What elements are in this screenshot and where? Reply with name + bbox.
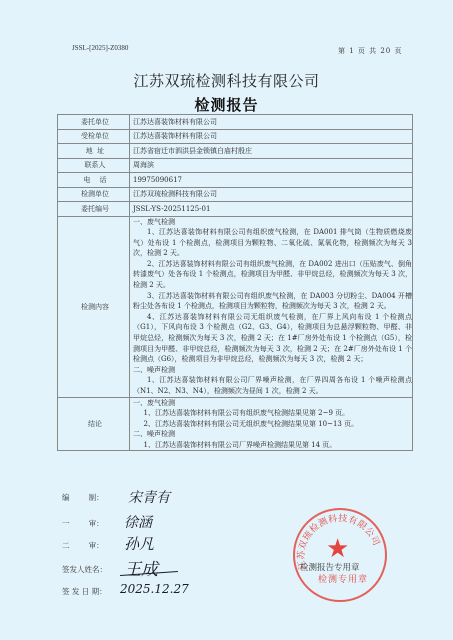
content-line: 一、废气检测 [133, 217, 412, 228]
review1-signature: 徐涵 [124, 512, 152, 532]
conclusion-line: 1、江苏达喜装饰材料有限公司厂界噪声检测结果见第 14 页。 [133, 440, 412, 451]
content-line: 1、江苏达喜装饰材料有限公司有组织废气检测，在 DA001 排气筒（生物质燃烧废… [133, 227, 412, 259]
date-row: 签 发 日 期： [62, 586, 122, 597]
date-label: 签 发 日 期： [62, 586, 122, 597]
row-value: 江苏达喜装饰材料有限公司 [130, 129, 413, 144]
conclusion-line: 2、江苏达喜装饰材料有限公司无组织废气检测结果见第 10~13 页。 [133, 419, 412, 430]
page-info: 第 1 页 共 20 页 [338, 46, 403, 56]
content-line: 1、江苏达喜装饰材料有限公司厂界噪声检测，在厂界四周各布设 1 个噪声检测点（N… [133, 375, 412, 396]
table-row-contact: 联系人 周海滨 [58, 158, 413, 173]
conclusion-cell: 一、废气检测 1、江苏达喜装饰材料有限公司有组织废气检测结果见第 2~9 页。 … [130, 397, 413, 451]
review1-label: 一 审： [62, 518, 122, 529]
content-line: 二、噪声检测 [133, 365, 412, 376]
review2-label: 二 审： [62, 540, 122, 551]
row-label: 检测内容 [58, 216, 130, 397]
row-label: 地 址 [58, 144, 130, 159]
content-line: 2、江苏达喜装饰材料有限公司有组织废气检测，在 DA002 进出口（压贴废气、倒… [133, 259, 412, 291]
row-label: 受检单位 [58, 129, 130, 144]
row-label: 委托编号 [58, 202, 130, 217]
table-row-client: 委托单位 江苏达喜装饰材料有限公司 [58, 115, 413, 130]
table-row-testing-unit: 检测单位 江苏双琉检测科技有限公司 [58, 187, 413, 202]
row-value: 19975090617 [130, 173, 413, 188]
row-value: 江苏达喜装饰材料有限公司 [130, 115, 413, 130]
issuer-row: 签发人姓名： [62, 564, 122, 575]
test-content-cell: 一、废气检测 1、江苏达喜装饰材料有限公司有组织废气检测，在 DA001 排气筒… [130, 216, 413, 397]
compiler-row: 编 制： [62, 492, 122, 503]
conclusion-line: 一、废气检测 [133, 398, 412, 409]
conclusion-line: 1、江苏达喜装饰材料有限公司有组织废气检测结果见第 2~9 页。 [133, 408, 412, 419]
company-title: 江苏双琉检测科技有限公司 [0, 70, 453, 91]
report-title: 检测报告 [0, 94, 453, 115]
row-value: 江苏双琉检测科技有限公司 [130, 187, 413, 202]
compiler-signature: 宋青有 [128, 487, 170, 507]
row-label: 联系人 [58, 158, 130, 173]
table-row-commission-no: 委托编号 JSSL-YS-20251125-01 [58, 202, 413, 217]
table-row-inspected-unit: 受检单位 江苏达喜装饰材料有限公司 [58, 129, 413, 144]
row-value: 江苏省宿迁市泗洪县金锁镇白庙村殷庄 [130, 144, 413, 159]
issue-date: 2025.12.27 [120, 582, 189, 596]
table-row-address: 地 址 江苏省宿迁市泗洪县金锁镇白庙村殷庄 [58, 144, 413, 159]
conclusion-line: 二、噪声检测 [133, 429, 412, 440]
table-row-phone: 电 话 19975090617 [58, 173, 413, 188]
report-code: JSSL-[2025]-Z0380 [72, 44, 128, 52]
info-table: 委托单位 江苏达喜装饰材料有限公司 受检单位 江苏达喜装饰材料有限公司 地 址 … [57, 114, 413, 451]
issuer-label: 签发人姓名： [62, 564, 122, 575]
review2-row: 二 审： [62, 540, 122, 551]
issuer-signature: 王成 [124, 555, 158, 580]
review2-signature: 孙凡 [124, 533, 154, 554]
compiler-label: 编 制： [62, 492, 122, 503]
seal-star-icon: ★ [326, 536, 349, 562]
row-value: JSSL-YS-20251125-01 [130, 202, 413, 217]
table-row-conclusion: 结论 一、废气检测 1、江苏达喜装饰材料有限公司有组织废气检测结果见第 2~9 … [58, 397, 413, 451]
review1-row: 一 审： [62, 518, 122, 529]
row-value: 周海滨 [130, 158, 413, 173]
row-label: 委托单位 [58, 115, 130, 130]
row-label: 电 话 [58, 173, 130, 188]
row-label: 检测单位 [58, 187, 130, 202]
content-line: 4、江苏达喜装饰材料有限公司无组织废气检测，在厂界上风向布设 1 个检测点（G1… [133, 312, 412, 365]
seal-inner-text: 检测专用章 [318, 572, 368, 585]
row-label: 结论 [58, 397, 130, 451]
content-line: 3、江苏达喜装饰材料有限公司有组织废气检测，在 DA003 分切粉尘、DA004… [133, 291, 412, 312]
table-row-test-content: 检测内容 一、废气检测 1、江苏达喜装饰材料有限公司有组织废气检测，在 DA00… [58, 216, 413, 397]
